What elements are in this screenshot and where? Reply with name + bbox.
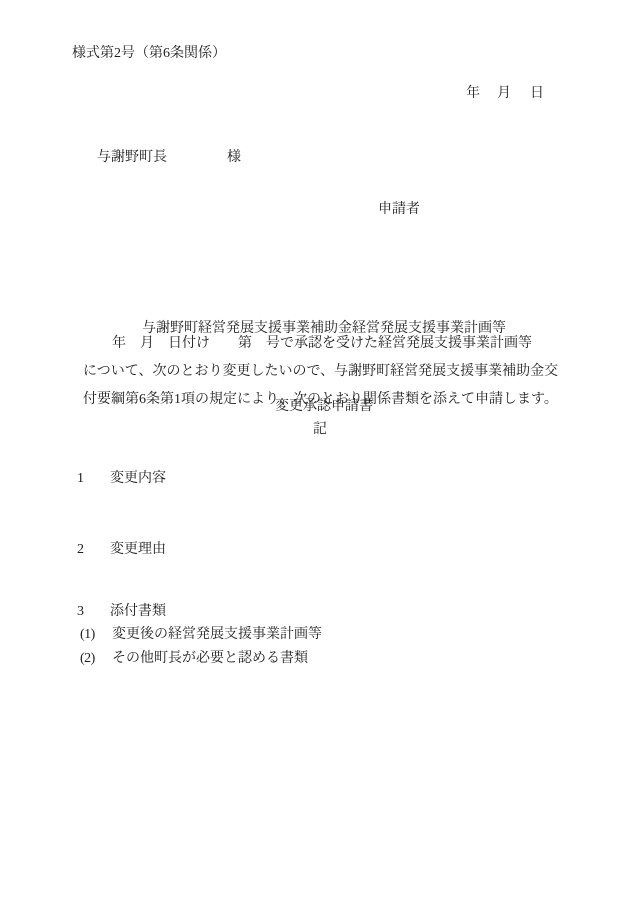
addressee-name: 与謝野町長 (97, 150, 167, 165)
date-line: 年月日 (452, 73, 544, 115)
item-change-reason: 2 変更理由 (0, 543, 630, 559)
body-paragraph: 年 月 日付け 第 号で承認を受けた経営発展支援事業計画等 について、次のとおり… (83, 330, 573, 414)
addressee-line: 与謝野町長様 (83, 137, 241, 179)
date-month-label: 月 (497, 86, 511, 101)
document-page: 様式第2号（第6条関係） 年月日 与謝野町長様 申請者 与謝野町経営発展支援事業… (0, 0, 630, 903)
date-day-label: 日 (530, 86, 544, 101)
attachment-label: 変更後の経営発展支援事業計画等 (112, 628, 322, 642)
attachment-item-1: (1) 変更後の経営発展支援事業計画等 (0, 628, 630, 644)
item-number: 1 (77, 472, 84, 486)
applicant-label: 申請者 (378, 203, 420, 217)
item-label: 変更理由 (110, 543, 166, 557)
item-label: 変更内容 (110, 472, 166, 486)
body-line-2: について、次のとおり変更したいので、与謝野町経営発展支援事業補助金交 (83, 358, 573, 386)
item-attachments: 3 添付書類 (0, 605, 630, 621)
form-number: 様式第2号（第6条関係） (72, 47, 226, 61)
attachment-number: (1) (80, 628, 95, 642)
item-label: 添付書類 (110, 605, 166, 619)
body-line-3: 付要綱第6条第1項の規定により、次のとおり関係書類を添えて申請します。 (83, 386, 573, 414)
note-marker: 記 (0, 423, 630, 437)
attachment-item-2: (2) その他町長が必要と認める書類 (0, 652, 630, 668)
item-number: 3 (77, 605, 84, 619)
item-number: 2 (77, 543, 84, 557)
attachment-label: その他町長が必要と認める書類 (112, 652, 308, 666)
body-line-1: 年 月 日付け 第 号で承認を受けた経営発展支援事業計画等 (83, 330, 573, 358)
addressee-honorific: 様 (227, 150, 241, 165)
date-year-label: 年 (466, 86, 480, 101)
attachment-number: (2) (80, 652, 95, 666)
item-change-content: 1 変更内容 (0, 472, 630, 488)
